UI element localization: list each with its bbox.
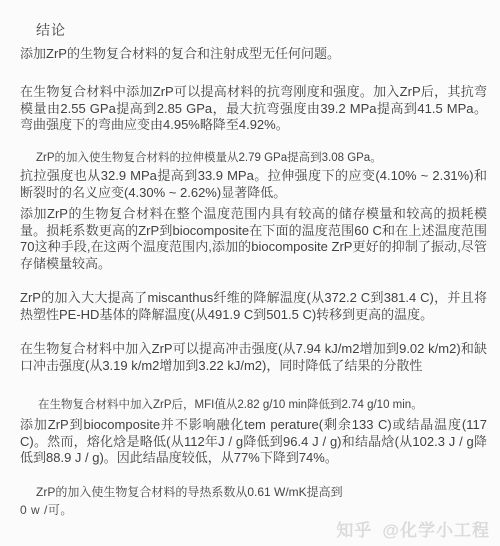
paragraph-degradation-temperature: ZrP的加入大大提高了miscanthus纤维的降解温度(从372.2 C到38… — [20, 290, 487, 323]
paragraph-impact-strength: 在生物复合材料中加入ZrP可以提高冲击强度(从7.94 kJ/m2增加到9.02… — [20, 341, 487, 374]
paragraph-tensile-modulus-note: ZrP的加入使生物复合材料的拉伸模量从2.79 GPa提高到3.08 GPa。 — [36, 151, 487, 165]
paragraph-thermal-conductivity-tail: 0 w /可。 — [20, 501, 73, 518]
paragraph-intro: 添加ZrP的生物复合材料的复合和注射成型无任何问题。 — [20, 46, 487, 63]
paragraph-mfi-note: 在生物复合材料中加入ZrP后，MFI值从2.82 g/10 min降低到2.74… — [38, 398, 487, 412]
conclusion-document: 结论 添加ZrP的生物复合材料的复合和注射成型无任何问题。 在生物复合材料中添加… — [0, 0, 500, 546]
paragraph-tensile-strength: 抗拉强度也从32.9 MPa提高到33.9 MPa。拉伸强度下的应变(4.10%… — [20, 168, 487, 201]
paragraph-melting-crystallization: 添加ZrP到biocomposite并不影响融化tem perature(剩余1… — [20, 417, 487, 467]
section-heading: 结论 — [36, 20, 66, 40]
paragraph-storage-modulus: 添加ZrP的生物复合材料在整个温度范围内具有较高的储存模量和较高的损耗模量。损耗… — [20, 206, 487, 272]
paragraph-thermal-conductivity-note: ZrP的加入使生物复合材料的导热系数从0.61 W/mK提高到 — [36, 485, 487, 499]
zhihu-watermark: 知乎@化学小工程 — [336, 516, 490, 541]
zhihu-brand-text: 知乎 — [336, 521, 372, 540]
paragraph-flexural-properties: 在生物复合材料中添加ZrP可以提高材料的抗弯刚度和强度。加入ZrP后，其抗弯模量… — [20, 84, 487, 134]
zhihu-author-handle: @化学小工程 — [382, 521, 490, 540]
